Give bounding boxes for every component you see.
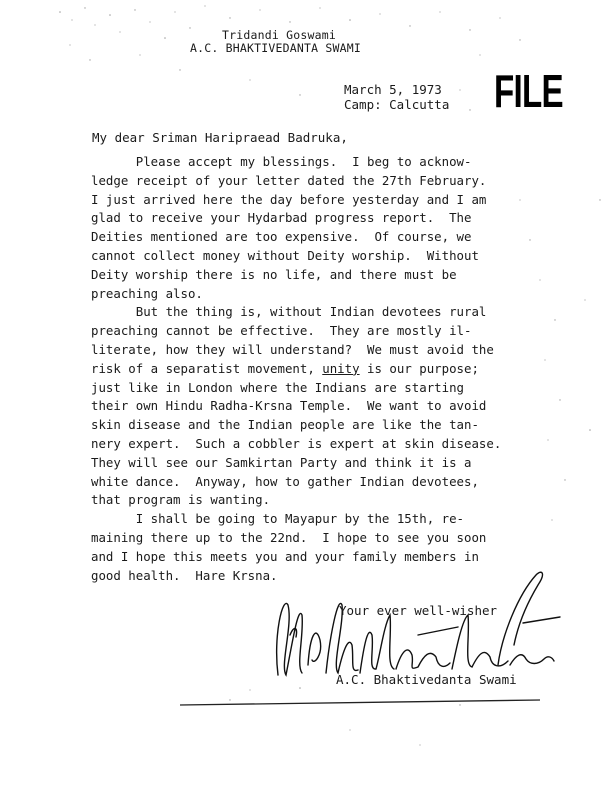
letterhead-title: Tridandi Goswami: [222, 28, 336, 42]
body-line: just like in London where the Indians ar…: [91, 379, 561, 398]
body-line: Deity worship there is no life, and ther…: [91, 266, 561, 285]
closing-line: Your ever well-wisher: [339, 603, 497, 618]
body-line-underlined: risk of a separatist movement, unity is …: [91, 360, 561, 379]
dateline: March 5, 1973 Camp: Calcutta: [344, 82, 449, 112]
body-line: Please accept my blessings. I beg to ack…: [91, 153, 561, 172]
body-line: skin disease and the Indian people are l…: [91, 416, 561, 435]
file-stamp: FILE: [494, 64, 563, 118]
body-line: Deities mentioned are too expensive. Of …: [91, 228, 561, 247]
body-line: cannot collect money without Deity worsh…: [91, 247, 561, 266]
body-line: maining there up to the 22nd. I hope to …: [91, 529, 561, 548]
body-line: that program is wanting.: [91, 491, 561, 510]
body-line: I just arrived here the day before yeste…: [91, 191, 561, 210]
letter-place: Camp: Calcutta: [344, 97, 449, 112]
body-line: preaching cannot be effective. They are …: [91, 322, 561, 341]
body-line: literate, how they will understand? We m…: [91, 341, 561, 360]
body-line-start: risk of a separatist movement,: [91, 361, 322, 376]
body-line: preaching also.: [91, 285, 561, 304]
letter-date: March 5, 1973: [344, 82, 449, 97]
body-line: But the thing is, without Indian devotee…: [91, 303, 561, 322]
body-line: their own Hindu Radha-Krsna Temple. We w…: [91, 397, 561, 416]
body-line: and I hope this meets you and your famil…: [91, 548, 561, 567]
letterhead-name: A.C. BHAKTIVEDANTA SWAMI: [190, 41, 361, 55]
signature-name: A.C. Bhaktivedanta Swami: [336, 672, 517, 687]
letter-body: Please accept my blessings. I beg to ack…: [91, 153, 561, 585]
body-line: nery expert. Such a cobbler is expert at…: [91, 435, 561, 454]
body-line: They will see our Samkirtan Party and th…: [91, 454, 561, 473]
body-line: glad to receive your Hydarbad progress r…: [91, 209, 561, 228]
body-line: ledge receipt of your letter dated the 2…: [91, 172, 561, 191]
letter-page: Tridandi Goswami A.C. BHAKTIVEDANTA SWAM…: [0, 0, 608, 785]
body-line: white dance. Anyway, how to gather India…: [91, 473, 561, 492]
salutation: My dear Sriman Haripraead Badruka,: [92, 130, 348, 145]
body-line-end: is our purpose;: [360, 361, 479, 376]
body-line: I shall be going to Mayapur by the 15th,…: [91, 510, 561, 529]
underlined-word: unity: [322, 361, 359, 376]
